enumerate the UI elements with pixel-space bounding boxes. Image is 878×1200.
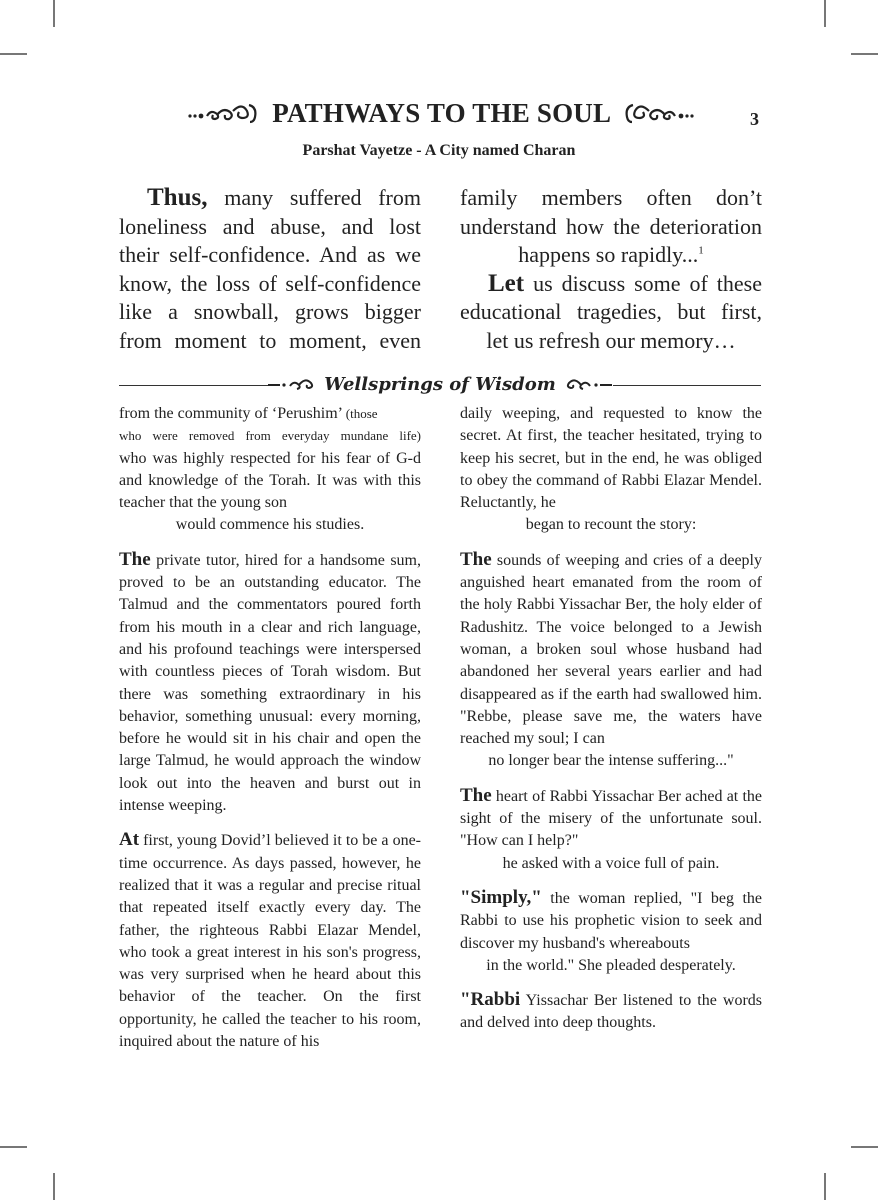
header-title-row: PATHWAYS TO THE SOUL (172, 98, 710, 131)
paragraph: The sounds of weeping and cries of a dee… (460, 549, 762, 773)
section-heading-text: Wellsprings of Wisdom (324, 374, 556, 395)
section-divider: Wellsprings of Wisdom (119, 374, 761, 396)
intro-line: Let us discuss some of these (460, 270, 762, 299)
paragraph: daily weeping, and requested to know the… (460, 403, 762, 537)
paragraph-text: who was highly respected for his fear of… (119, 450, 421, 512)
crop-mark (53, 1173, 55, 1200)
flourish-right-icon (617, 100, 695, 131)
intro-line: let us refresh our memory… (460, 327, 762, 356)
crop-mark (0, 53, 27, 55)
chapter-subtitle: Parshat Vayetze - A City named Charan (0, 142, 878, 160)
paragraph-text: first, young Dovid’l believed it to be a… (119, 832, 421, 1050)
intro-line: know, the loss of self-confidence (119, 270, 421, 299)
section-heading: Wellsprings of Wisdom (119, 374, 761, 396)
paragraph-last-line: would commence his studies. (119, 514, 421, 536)
intro-line: understand how the deterioration (460, 213, 762, 242)
drop-lead-word: Let (488, 270, 524, 297)
paragraph: from the community of ‘Perushim’ (those … (119, 403, 421, 537)
crop-mark (53, 0, 55, 27)
paragraph: "Rabbi Yissachar Ber listened to the wor… (460, 989, 762, 1035)
paragraph: At first, young Dovid’l believed it to b… (119, 829, 421, 1053)
page-number: 3 (750, 109, 759, 130)
intro-line: like a snowball, grows bigger (119, 298, 421, 327)
intro-line: happens so rapidly...1 (460, 241, 762, 270)
paragraph-last-line: he asked with a voice full of pain. (460, 853, 762, 875)
crop-mark (851, 1146, 878, 1148)
header-title: PATHWAYS TO THE SOUL (272, 98, 609, 128)
intro-line: from moment to moment, even (119, 327, 421, 356)
paragraph-last-line: began to recount the story: (460, 514, 762, 536)
intro-column-left: Thus, many suffered from loneliness and … (119, 184, 421, 355)
flourish-left-icon (266, 375, 320, 396)
paragraph: The private tutor, hired for a handsome … (119, 549, 421, 818)
crop-mark (824, 0, 826, 27)
intro-text: us discuss some of these (524, 271, 762, 296)
intro-line: family members often don’t (460, 184, 762, 213)
paragraph: "Simply," the woman replied, "I beg the … (460, 887, 762, 977)
body-column-right: daily weeping, and requested to know the… (460, 403, 762, 1047)
lead-word: The (460, 549, 492, 570)
flourish-left-icon (187, 100, 265, 131)
paragraph: The heart of Rabbi Yissachar Ber ached a… (460, 785, 762, 875)
intro-text: many suffered from (207, 185, 421, 210)
lead-word: "Simply," (460, 887, 542, 908)
crop-mark (851, 53, 878, 55)
paragraph-last-line: no longer bear the intense suffering..." (460, 750, 762, 772)
paragraph-last-line: in the world." She pleaded desperately. (460, 955, 762, 977)
parenthetical-note: who were removed from everyday mundane l… (119, 425, 421, 447)
paragraph-text: daily weeping, and requested to know the… (460, 405, 762, 511)
crop-mark (0, 1146, 27, 1148)
intro-line: loneliness and abuse, and lost (119, 213, 421, 242)
paragraph-text: heart of Rabbi Yissachar Ber ached at th… (460, 788, 762, 850)
intro-line: their self-confidence. And as we (119, 241, 421, 270)
paragraph-text: sounds of weeping and cries of a deeply … (460, 552, 762, 747)
lead-word: The (119, 549, 151, 570)
paragraph-text: private tutor, hired for a handsome sum,… (119, 552, 421, 814)
intro-line: educational tragedies, but first, (460, 298, 762, 327)
paragraph-text: from the community of ‘Perushim’ (119, 405, 346, 422)
drop-lead-word: Thus, (147, 184, 207, 211)
lead-word: At (119, 829, 139, 850)
body-column-left: from the community of ‘Perushim’ (those … (119, 403, 421, 1065)
intro-line: Thus, many suffered from (119, 184, 421, 213)
lead-word: "Rabbi (460, 989, 520, 1010)
parenthetical-note: (those (346, 406, 378, 421)
flourish-right-icon (560, 375, 614, 396)
crop-mark (824, 1173, 826, 1200)
running-header: PATHWAYS TO THE SOUL 3 (0, 98, 878, 134)
intro-text: happens so rapidly... (518, 242, 698, 267)
intro-column-right: family members often don’t understand ho… (460, 184, 762, 355)
footnote-marker[interactable]: 1 (698, 245, 704, 257)
lead-word: The (460, 785, 492, 806)
